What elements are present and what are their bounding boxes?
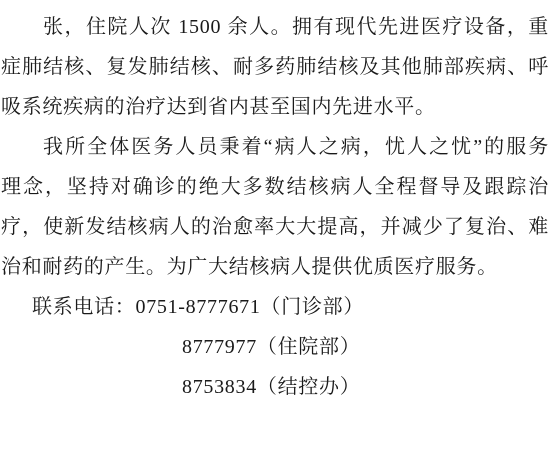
service-philosophy-line-3: 疗，使新发结核病人的治愈率大大提高，并减少了复治、难 <box>1 207 549 247</box>
contact-phone-inpatient-line: 8777977（住院部） <box>1 327 549 367</box>
document-page: 张，住院人次 1500 余人。拥有现代先进医疗设备，重 症肺结核、复发肺结核、耐… <box>0 0 554 461</box>
contact-phone-main-line: 联系电话：0751-8777671（门诊部） <box>1 287 549 327</box>
hospital-capacity-line-2: 症肺结核、复发肺结核、耐多药肺结核及其他肺部疾病、呼 <box>1 47 549 87</box>
service-philosophy-line-2: 理念，坚持对确诊的绝大多数结核病人全程督导及跟踪治 <box>1 167 549 207</box>
contact-phone-control-line: 8753834（结控办） <box>1 367 549 407</box>
hospital-capacity-line-3: 吸系统疾病的治疗达到省内甚至国内先进水平。 <box>1 87 549 127</box>
hospital-capacity-line-1: 张，住院人次 1500 余人。拥有现代先进医疗设备，重 <box>1 7 549 47</box>
service-philosophy-line-4: 治和耐药的产生。为广大结核病人提供优质医疗服务。 <box>1 247 549 287</box>
service-philosophy-line-1: 我所全体医务人员秉着“病人之病，忧人之忧”的服务 <box>1 127 549 167</box>
